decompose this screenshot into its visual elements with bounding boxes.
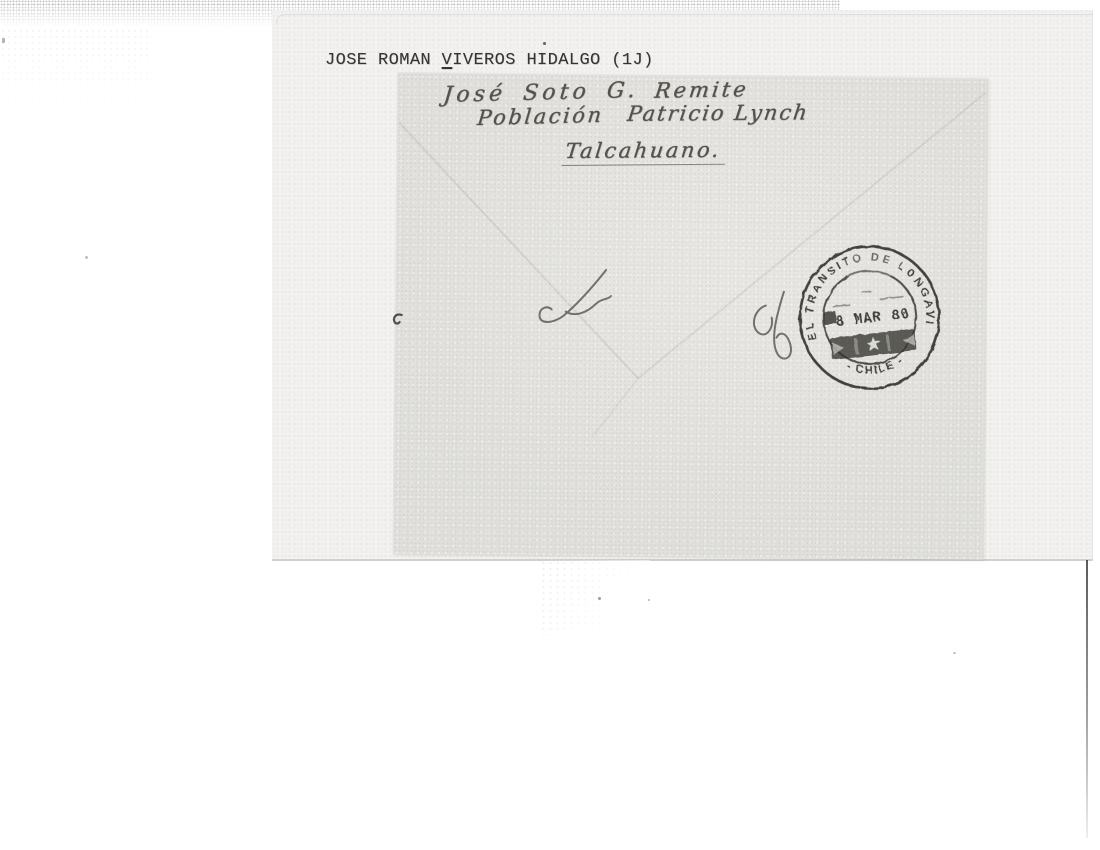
flap-crease-tip: [593, 378, 639, 437]
postmark-date: 8 MAR 80: [835, 306, 911, 330]
handwritten-remite-label: Remite: [653, 77, 750, 103]
caption-text-pre: JOSE ROMAN: [325, 51, 442, 70]
postmark-bridge-lines: [831, 288, 904, 307]
scanned-document: JOSE ROMAN VIVEROS HIDALGO (1J) José Sot…: [0, 0, 1100, 850]
scan-speck: [2, 38, 5, 43]
pen-scribble-left-stroke: [539, 269, 611, 322]
pen-scribble-left: [513, 259, 614, 335]
caption-underlined-letter: V: [442, 51, 453, 70]
scan-speck: [85, 256, 88, 259]
scan-speck: [953, 652, 956, 654]
scan-speck: [648, 599, 650, 601]
album-page: JOSE ROMAN VIVEROS HIDALGO (1J) José Sot…: [272, 10, 1093, 561]
page-sleeve-edge: [276, 14, 1093, 25]
typed-caption: JOSE ROMAN VIVEROS HIDALGO (1J): [325, 51, 654, 70]
envelope-back: José Soto G. Remite Población Patricio L…: [393, 73, 988, 560]
handwritten-address-poblacion: Población: [476, 103, 605, 130]
handwritten-city-underlined: Talcahuano.: [562, 138, 729, 166]
page-edge-shadow-line: [1086, 560, 1088, 838]
scan-speck: [598, 597, 601, 600]
handwritten-address-street: Patricio Lynch: [626, 100, 811, 125]
postmark-killer-bar: [830, 329, 917, 360]
scanner-noise-left: [0, 28, 150, 118]
pen-mark-edge: [390, 311, 406, 327]
caption-text-post: IVEROS HIDALGO (1J): [452, 51, 653, 70]
handwritten-sender-name: José Soto G.: [442, 78, 640, 108]
pen-mark-edge-stroke: [394, 315, 402, 324]
postmark-stamp: EL TRANSITO DE LONGAVI - CHILE - 8 MAR 8…: [784, 232, 956, 404]
scanner-speckle-cluster: [540, 560, 650, 635]
ink-speck: [543, 42, 546, 45]
